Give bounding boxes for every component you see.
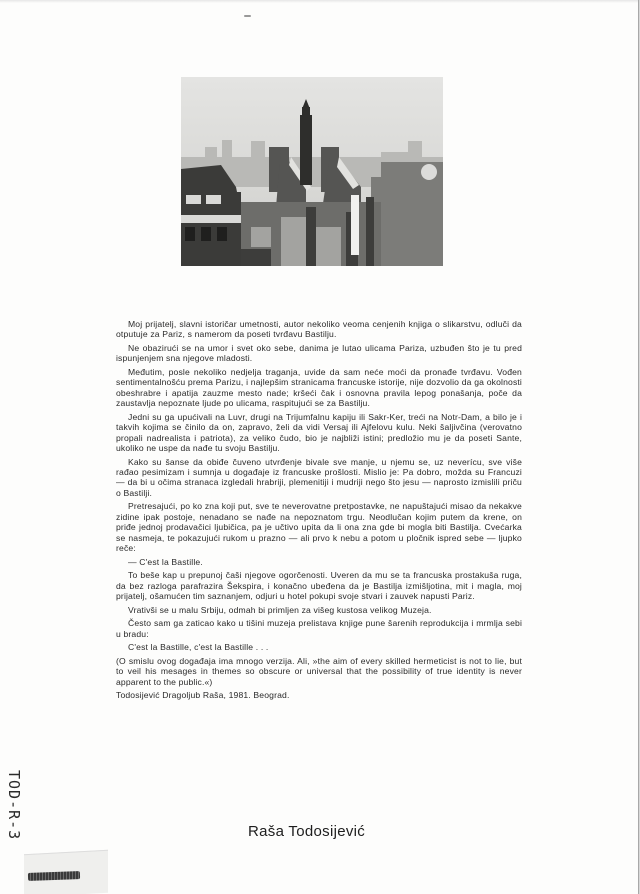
paragraph-1: Moj prijatelj, slavni istoričar umetnost… (116, 319, 522, 340)
paragraph-7: To beše kap u prepunoj čaši njegove ogor… (116, 570, 522, 601)
paragraph-6: Pretresajući, po ko zna koji put, sve te… (116, 501, 522, 553)
footnote: (O smislu ovog događaja ima mnogo verzij… (116, 656, 522, 687)
page-top-edge (0, 0, 640, 3)
quote-2: C'est la Bastille, c'est la Bastille . .… (116, 642, 522, 652)
author-name: Raša Todosijević (248, 823, 365, 840)
paragraph-5: Kako su šanse da obiđe čuveno utvrđenje … (116, 457, 522, 499)
archive-label: TOD-R-3 (1, 770, 25, 862)
story-text: Moj prijatelj, slavni istoričar umetnost… (116, 319, 522, 704)
quote-1: — C'est la Bastille. (116, 557, 522, 567)
signature-line: Todosijević Dragoljub Raša, 1981. Beogra… (116, 690, 522, 700)
paragraph-3: Međutim, posle nekoliko nedjelja traganj… (116, 367, 522, 409)
paris-rooftops-photo (181, 77, 443, 266)
paragraph-9: Često sam ga zaticao kako u tišini muzej… (116, 618, 522, 639)
paragraph-4: Jedni su ga upućivali na Luvr, drugi na … (116, 412, 522, 454)
scan-speck (244, 15, 251, 17)
archive-label-text: TOD-R-3 (5, 770, 23, 840)
paragraph-8: Vrativši se u malu Srbiju, odmah bi prim… (116, 605, 522, 615)
paragraph-2: Ne obazirući se na umor i svet oko sebe,… (116, 343, 522, 364)
photo-image-icon (181, 77, 443, 266)
